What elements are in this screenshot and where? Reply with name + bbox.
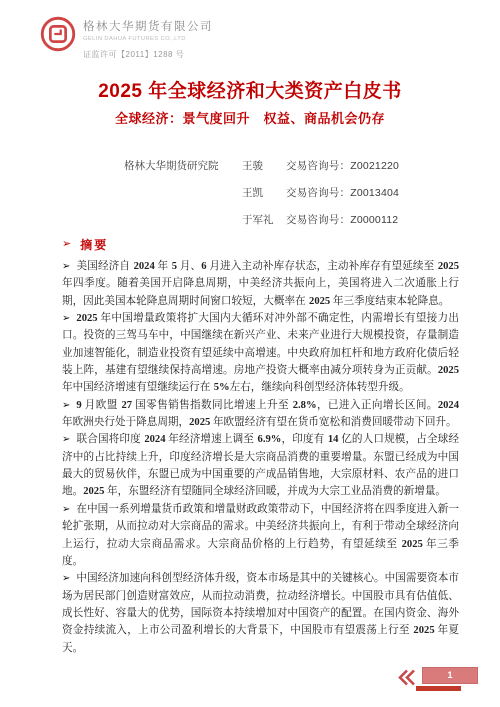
abstract-bullet-paragraph: ➢在中国一系列增量货币政策和增量财政政策带动下，中国经济将在四季度进入新一轮扩张…: [62, 501, 459, 570]
company-header: 格林大华期货有限公司 GELIN DAHUA FUTURES CO.,LTD 证…: [40, 16, 213, 60]
abstract-body: ➢美国经济自 2024 年 5 月、6 月进入主动补库存状态，主动补库存有望延续…: [62, 258, 459, 657]
author-row: 王凯 交易咨询号：Z0013404: [124, 185, 399, 212]
red-arrow-bullet-icon: ➢: [62, 239, 71, 250]
author-name: 王凯: [242, 185, 286, 200]
page-number-block: 1: [422, 667, 478, 691]
report-cover-page: 格林大华期货有限公司 GELIN DAHUA FUTURES CO.,LTD 证…: [0, 0, 500, 707]
license-line: 证监许可【2011】1288 号: [83, 49, 213, 60]
license-label: 交易咨询号：: [286, 160, 350, 172]
paragraph-text: 在中国一系列增量货币政策和增量财政政策带动下，中国经济将在四季度进入新一轮扩张期…: [62, 503, 459, 567]
company-name-cn: 格林大华期货有限公司: [83, 18, 213, 34]
author-license: 交易咨询号：Z0021220: [286, 158, 399, 173]
company-name-block: 格林大华期货有限公司 GELIN DAHUA FUTURES CO.,LTD 证…: [83, 16, 213, 60]
author-row: 格林大华期货研究院 王骏 交易咨询号：Z0021220: [124, 158, 399, 185]
company-logo-icon: [40, 16, 76, 52]
paragraph-text: 2025 年中国增量政策将扩大国内大循环对冲外部不确定性，内需增长有望接力出口。…: [62, 312, 459, 393]
page-footer: 1: [397, 667, 478, 691]
author-name: 于军礼: [242, 212, 286, 227]
bullet-arrow-icon: ➢: [62, 313, 70, 324]
abstract-bullet-paragraph: ➢中国经济加速向科创型经济体升级，资本市场是其中的关键核心。中国需要资本市场为居…: [62, 570, 459, 657]
author-license: 交易咨询号：Z0013404: [286, 185, 399, 200]
author-institution: 格林大华期货研究院: [124, 158, 242, 173]
bullet-arrow-icon: ➢: [62, 400, 70, 411]
author-row: 于军礼 交易咨询号：Z0000112: [124, 212, 399, 239]
license-number: Z0013404: [350, 187, 399, 199]
abstract-bullet-paragraph: ➢2025 年中国增量政策将扩大国内大循环对冲外部不确定性，内需增长有望接力出口…: [62, 310, 459, 397]
report-title: 2025 年全球经济和大类资产白皮书: [0, 76, 500, 103]
bullet-arrow-icon: ➢: [62, 434, 70, 445]
author-name: 王骏: [242, 158, 286, 173]
abstract-bullet-paragraph: ➢9 月欧盟 27 国零售销售指数同比增速上升至 2.8%，已进入正向增长区间。…: [62, 397, 459, 432]
abstract-bullet-paragraph: ➢美国经济自 2024 年 5 月、6 月进入主动补库存状态，主动补库存有望延续…: [62, 258, 459, 310]
author-license: 交易咨询号：Z0000112: [286, 212, 398, 227]
paragraph-text: 联合国将印度 2024 年经济增速上调至 6.9%，印度有 14 亿的人口规模，…: [62, 433, 459, 497]
license-label: 交易咨询号：: [286, 187, 350, 199]
abstract-bullet-paragraph: ➢联合国将印度 2024 年经济增速上调至 6.9%，印度有 14 亿的人口规模…: [62, 431, 459, 500]
paragraph-text: 美国经济自 2024 年 5 月、6 月进入主动补库存状态，主动补库存有望延续至…: [62, 260, 459, 307]
page-number-badge[interactable]: 1: [422, 667, 478, 684]
report-subtitle: 全球经济：景气度回升 权益、商品机会仍存: [0, 108, 500, 127]
bullet-arrow-icon: ➢: [62, 261, 70, 272]
back-chevrons-icon[interactable]: [397, 668, 417, 687]
page-number-underline: [416, 686, 461, 691]
abstract-heading-label: 摘要: [80, 236, 108, 253]
license-number: Z0021220: [350, 160, 399, 172]
bullet-arrow-icon: ➢: [62, 504, 70, 515]
license-number: Z0000112: [350, 214, 398, 226]
abstract-heading: ➢ 摘要: [62, 236, 108, 253]
license-label: 交易咨询号：: [286, 214, 350, 226]
paragraph-text: 中国经济加速向科创型经济体升级，资本市场是其中的关键核心。中国需要资本市场为居民…: [62, 572, 459, 653]
bullet-arrow-icon: ➢: [62, 573, 70, 584]
company-name-en: GELIN DAHUA FUTURES CO.,LTD: [83, 36, 213, 42]
authors-block: 格林大华期货研究院 王骏 交易咨询号：Z0021220 王凯 交易咨询号：Z00…: [124, 158, 399, 239]
paragraph-text: 9 月欧盟 27 国零售销售指数同比增速上升至 2.8%，已进入正向增长区间。2…: [62, 399, 459, 428]
